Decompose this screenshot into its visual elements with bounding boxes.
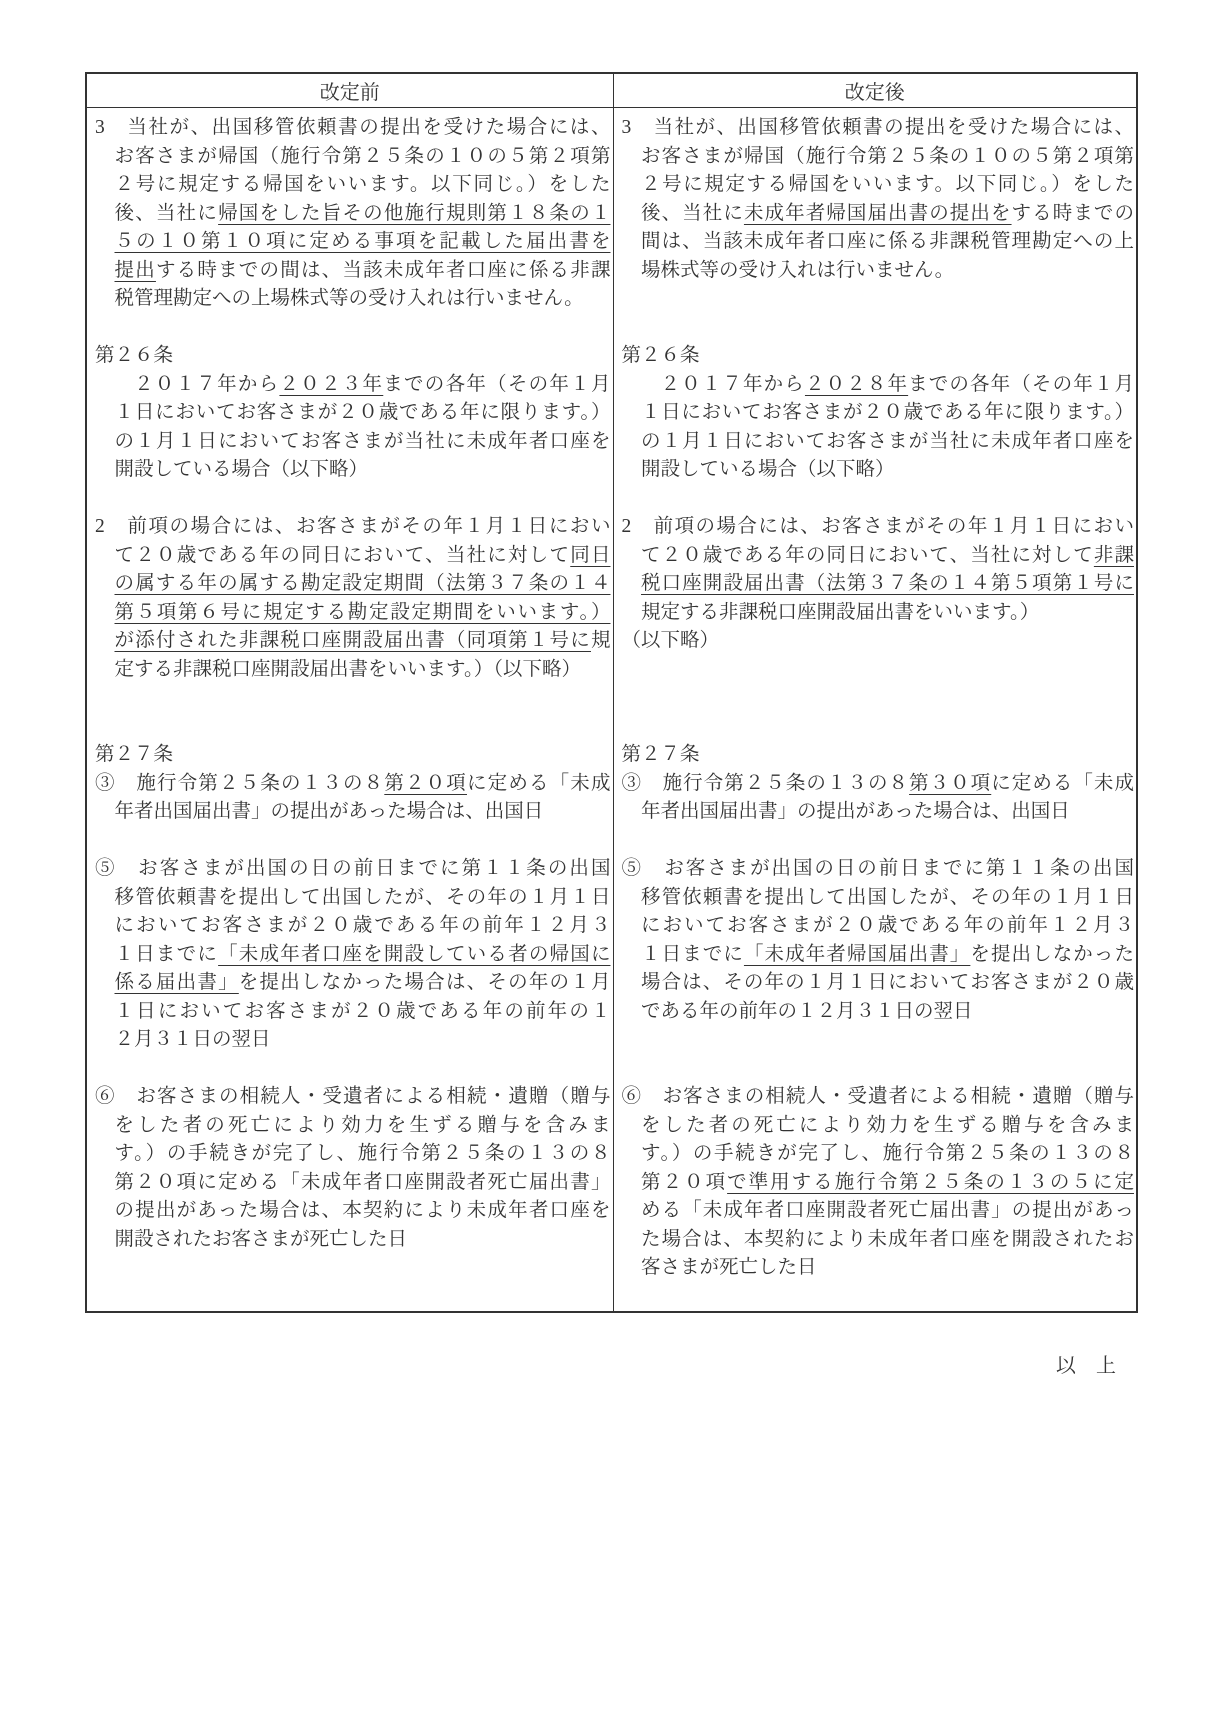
text-segment: す。）の手続きが完了し、施行令第２５条の１３の８ [115,1143,611,1164]
text-segment: に定める「未成 [991,773,1134,794]
text-segment: 定する非課税口座開設届出書をいいます。）（以下略） [115,659,581,680]
text-segment: 後、当社に [115,203,219,224]
text-line: ５の１０第１０項に定める事項を記載した届出書を [95,228,611,257]
text-segment: （以下略） [622,630,720,651]
text-segment: する時までの間は、当該未成年者口座に係る非課 [156,260,611,281]
text-line: である年の前年の１２月３１日の翌日 [622,998,1135,1027]
text-segment: める「未成年者口座開設者死亡届出書」の提出があっ [641,1200,1134,1221]
text-segment: までの各年（その年１月 [383,374,610,395]
text-line: 開設している場合（以下略） [95,456,611,485]
text-segment: の提出があった場合は、本契約により未成年者口座を [115,1200,611,1221]
text-segment: 規 [591,630,611,651]
text-line: 税管理勘定への上場株式等の受け入れは行いません。 [95,285,611,314]
underlined-revision-text: 第３０項 [909,773,991,794]
text-segment: においてお客さまが２０歳である年の前年１２月３ [641,915,1134,936]
closing-mark: 以 上 [85,1352,1136,1381]
text-segment: ２０１７年から [134,374,279,395]
text-segment: 開設されたお客さまが死亡した日 [115,1229,408,1250]
text-segment: 第２０項 [641,1172,727,1193]
text-segment: １日までに [641,944,744,965]
text-segment: ２月３１日の翌日 [115,1029,271,1050]
text-segment: て２０歳である年の同日において、当社に対して [641,545,1094,566]
underlined-revision-text: ２０２３年 [279,374,383,395]
underlined-revision-text: ２０２８年 [805,374,908,395]
text-line: １日においてお客さまが２０歳である年に限ります。） [95,399,611,428]
text-line: 税口座開設届出書（法第３７条の１４第５項第１号に [622,570,1135,599]
text-line: ③ 施行令第２５条の１３の８第３０項に定める「未成 [622,770,1135,799]
text-segment: 客さまが死亡した日 [641,1257,817,1278]
text-segment: 第２６条 [622,345,700,366]
text-segment: である年の前年の１２月３１日の翌日 [641,1001,973,1022]
text-line: 客さまが死亡した日 [622,1254,1135,1283]
text-line: お客さまが帰国（施行令第２５条の１０の５第２項第 [622,143,1135,172]
blank-line [622,1026,1135,1055]
text-line: ③ 施行令第２５条の１３の８第２０項に定める「未成 [95,770,611,799]
text-line: 係る届出書」を提出しなかった場合は、その年の１月 [95,969,611,998]
text-segment: 後、当社に [641,203,744,224]
revision-comparison-table: 改定前 改定後 3 当社が、出国移管依頼書の提出を受けた場合には、お客さまが帰国… [85,72,1138,1313]
text-line: ２０１７年から２０２３年までの各年（その年１月 [95,371,611,400]
blank-line [622,485,1135,514]
underlined-revision-text: 非課 [1094,545,1134,566]
blank-line [95,1055,611,1084]
before-cell: 3 当社が、出国移管依頼書の提出を受けた場合には、お客さまが帰国（施行令第２５条… [86,108,613,1312]
blank-line [95,827,611,856]
text-segment: までの各年（その年１月 [908,374,1134,395]
text-segment: ⑤ お客さまが出国の日の前日までに第１１条の出国 [95,858,611,879]
text-line: て２０歳である年の同日において、当社に対して同日 [95,542,611,571]
article-heading-line: 第２７条 [622,741,1135,770]
text-line: ⑤ お客さまが出国の日の前日までに第１１条の出国 [622,855,1135,884]
text-segment: 移管依頼書を提出して出国したが、その年の１月１日 [641,887,1134,908]
text-segment: ２号に規定する帰国をいいます。以下同じ。）をした [115,174,611,195]
text-segment: 第２６条 [95,345,173,366]
underlined-revision-text: 係る届出書」 [115,972,239,993]
text-line: ２号に規定する帰国をいいます。以下同じ。）をした [95,171,611,200]
text-segment: 場合は、その年の１月１日においてお客さまが２０歳 [641,972,1134,993]
text-segment: １日においてお客さまが２０歳である年の前年の１ [115,1001,611,1022]
text-line: ⑥ お客さまの相続人・受遺者による相続・遺贈（贈与 [622,1083,1135,1112]
table-body-row: 3 当社が、出国移管依頼書の提出を受けた場合には、お客さまが帰国（施行令第２５条… [86,108,1137,1312]
before-column: 3 当社が、出国移管依頼書の提出を受けた場合には、お客さまが帰国（施行令第２５条… [95,114,611,1254]
underlined-revision-text: 「未成年者口座を開設している者の帰国に [218,944,610,965]
text-line: においてお客さまが２０歳である年の前年１２月３ [95,912,611,941]
text-segment: 第２７条 [622,744,700,765]
text-segment: 2 前項の場合には、お客さまがその年１月１日におい [95,516,611,537]
underlined-revision-text: が添付された非課税口座開設届出書（同項第１号に [115,630,591,651]
text-segment: す。）の手続きが完了し、施行令第２５条の１３の８ [641,1143,1134,1164]
blank-line [622,285,1135,314]
blank-line [95,713,611,742]
underlined-revision-text: 「未成年者帰国届出書」 [744,944,970,965]
header-before: 改定前 [86,73,613,108]
text-line: 2 前項の場合には、お客さまがその年１月１日におい [622,513,1135,542]
text-segment: て２０歳である年の同日において、当社に対して [115,545,571,566]
text-line: 提出する時までの間は、当該未成年者口座に係る非課 [95,257,611,286]
text-segment: 第２０項に定める「未成年者口座開設者死亡届出書」 [115,1172,611,1193]
text-segment: ⑤ お客さまが出国の日の前日までに第１１条の出国 [622,858,1135,879]
article-heading-line: 第２７条 [95,741,611,770]
text-line: 場株式等の受け入れは行いません。 [622,257,1135,286]
underlined-revision-text: 未成年者帰国届出書の提出を [744,203,1012,224]
text-segment: ③ 施行令第２５条の１３の８ [622,773,910,794]
text-line: の属する年の属する勘定設定期間（法第３７条の１４ [95,570,611,599]
text-line: ⑥ お客さまの相続人・受遺者による相続・遺贈（贈与 [95,1083,611,1112]
text-line: ２月３１日の翌日 [95,1026,611,1055]
text-segment: 移管依頼書を提出して出国したが、その年の１月１日 [115,887,611,908]
header-after: 改定後 [613,73,1137,108]
text-segment: ③ 施行令第２５条の１３の８ [95,773,384,794]
text-line: １日においてお客さまが２０歳である年に限ります。） [622,399,1135,428]
text-line: 間は、当該未成年者口座に係る非課税管理勘定への上 [622,228,1135,257]
text-segment: の１月１日においてお客さまが当社に未成年者口座を [641,431,1134,452]
text-line: 後、当社に帰国をした旨その他施行規則第１８条の１ [95,200,611,229]
text-segment: 年者出国届出書」の提出があった場合は、出国日 [641,801,1070,822]
text-line: 第２０項に定める「未成年者口座開設者死亡届出書」 [95,1169,611,1198]
text-line: においてお客さまが２０歳である年の前年１２月３ [622,912,1135,941]
after-column: 3 当社が、出国移管依頼書の提出を受けた場合には、お客さまが帰国（施行令第２５条… [622,114,1135,1283]
text-line: をした者の死亡により効力を生ずる贈与を含みま [622,1112,1135,1141]
text-segment: １日においてお客さまが２０歳である年に限ります。） [115,402,611,423]
text-segment: 第２７条 [95,744,173,765]
blank-line [95,684,611,713]
text-segment: 2 前項の場合には、お客さまがその年１月１日におい [622,516,1135,537]
underlined-revision-text: ５の１０第１０項に定める事項を記載した届出書を [115,231,611,252]
text-line: の１月１日においてお客さまが当社に未成年者口座を [95,428,611,457]
blank-line [95,485,611,514]
article-heading-line: 第２６条 [622,342,1135,371]
text-segment: ２０１７年から [661,374,805,395]
text-line: て２０歳である年の同日において、当社に対して非課 [622,542,1135,571]
text-line: 2 前項の場合には、お客さまがその年１月１日におい [95,513,611,542]
text-line: の１月１日においてお客さまが当社に未成年者口座を [622,428,1135,457]
underlined-revision-text: 帰国をした旨その他施行規則第１８条の１ [218,203,610,224]
text-line: の提出があった場合は、本契約により未成年者口座を [95,1197,611,1226]
blank-line [622,827,1135,856]
underlined-revision-text: 税口座開設届出書（法第３７条の１４第５項第１号に [641,573,1134,594]
text-line: す。）の手続きが完了し、施行令第２５条の１３の８ [95,1140,611,1169]
text-line: 3 当社が、出国移管依頼書の提出を受けた場合には、 [95,114,611,143]
text-line: 第２０項で準用する施行令第２５条の１３の５に定 [622,1169,1135,1198]
text-segment: 場株式等の受け入れは行いません。 [641,260,954,281]
blank-line [622,656,1135,685]
text-segment: お客さまが帰国（施行令第２５条の１０の５第２項第 [641,146,1134,167]
text-segment: １日までに [115,944,219,965]
text-line: 開設されたお客さまが死亡した日 [95,1226,611,1255]
text-segment: 3 当社が、出国移管依頼書の提出を受けた場合には、 [622,117,1135,138]
text-line: 場合は、その年の１月１日においてお客さまが２０歳 [622,969,1135,998]
blank-line [622,713,1135,742]
after-cell: 3 当社が、出国移管依頼書の提出を受けた場合には、お客さまが帰国（施行令第２５条… [613,108,1137,1312]
text-segment: の１月１日においてお客さまが当社に未成年者口座を [115,431,611,452]
text-segment: を提出しなかった [970,944,1134,965]
text-segment: 年者出国届出書」の提出があった場合は、出国日 [115,801,544,822]
text-segment: 間は、当該未成年者口座に係る非課税管理勘定への上 [641,231,1134,252]
text-segment: お客さまが帰国（施行令第２５条の１０の５第２項第 [115,146,611,167]
text-line: 開設している場合（以下略） [622,456,1135,485]
text-line: 年者出国届出書」の提出があった場合は、出国日 [622,798,1135,827]
blank-line [622,684,1135,713]
text-line: す。）の手続きが完了し、施行令第２５条の１３の８ [622,1140,1135,1169]
text-segment: ⑥ お客さまの相続人・受遺者による相続・遺贈（贈与 [622,1086,1135,1107]
text-line: が添付された非課税口座開設届出書（同項第１号に規 [95,627,611,656]
text-segment: 開設している場合（以下略） [115,459,369,480]
text-segment: た場合は、本契約により未成年者口座を開設されたお [641,1229,1134,1250]
text-segment: 開設している場合（以下略） [641,459,895,480]
underlined-revision-text: の属する年の属する勘定設定期間（法第３７条の１４ [115,573,611,594]
text-segment: 税管理勘定への上場株式等の受け入れは行いません。 [115,288,584,309]
text-line: た場合は、本契約により未成年者口座を開設されたお [622,1226,1135,1255]
text-line: める「未成年者口座開設者死亡届出書」の提出があっ [622,1197,1135,1226]
text-segment: を提出しなかった場合は、その年の１月 [239,972,611,993]
text-line: 規定する非課税口座開設届出書をいいます。） [622,599,1135,628]
text-line: 後、当社に未成年者帰国届出書の提出をする時までの [622,200,1135,229]
text-segment: １日においてお客さまが２０歳である年に限ります。） [641,402,1134,423]
text-segment: をした者の死亡により効力を生ずる贈与を含みま [641,1115,1134,1136]
text-line: ⑤ お客さまが出国の日の前日までに第１１条の出国 [95,855,611,884]
text-segment: ⑥ お客さまの相続人・受遺者による相続・遺贈（贈与 [95,1086,611,1107]
underlined-revision-text: 同日 [570,545,610,566]
blank-line [622,314,1135,343]
text-line: １日までに「未成年者口座を開設している者の帰国に [95,941,611,970]
underlined-revision-text: 第２０項 [384,773,467,794]
text-segment: ２号に規定する帰国をいいます。以下同じ。）をした [641,174,1134,195]
underlined-revision-text: 第５項第６号に規定する勘定設定期間をいいます。） [115,602,611,623]
text-line: ２号に規定する帰国をいいます。以下同じ。）をした [622,171,1135,200]
text-line: （以下略） [622,627,1135,656]
text-line: 移管依頼書を提出して出国したが、その年の１月１日 [95,884,611,913]
text-segment: に定める「未成 [467,773,611,794]
text-line: １日においてお客さまが２０歳である年の前年の１ [95,998,611,1027]
blank-line [622,1055,1135,1084]
text-segment: をした者の死亡により効力を生ずる贈与を含みま [115,1115,611,1136]
document-page: 改定前 改定後 3 当社が、出国移管依頼書の提出を受けた場合には、お客さまが帰国… [0,0,1210,1713]
text-line: １日までに「未成年者帰国届出書」を提出しなかった [622,941,1135,970]
blank-line [95,314,611,343]
text-segment: 3 当社が、出国移管依頼書の提出を受けた場合には、 [95,117,611,138]
text-line: 第５項第６号に規定する勘定設定期間をいいます。） [95,599,611,628]
text-line: をした者の死亡により効力を生ずる贈与を含みま [95,1112,611,1141]
text-line: 定する非課税口座開設届出書をいいます。）（以下略） [95,656,611,685]
text-line: 3 当社が、出国移管依頼書の提出を受けた場合には、 [622,114,1135,143]
table-header-row: 改定前 改定後 [86,73,1137,108]
text-segment: 規定する非課税口座開設届出書をいいます。） [641,602,1039,623]
text-line: 移管依頼書を提出して出国したが、その年の１月１日 [622,884,1135,913]
text-line: 年者出国届出書」の提出があった場合は、出国日 [95,798,611,827]
text-segment: する時までの [1012,203,1134,224]
underlined-revision-text: 提出 [115,260,156,281]
article-heading-line: 第２６条 [95,342,611,371]
underlined-revision-text: で準用する施行令第２５条の１３の５に定 [727,1172,1134,1193]
text-segment: においてお客さまが２０歳である年の前年１２月３ [115,915,611,936]
text-line: お客さまが帰国（施行令第２５条の１０の５第２項第 [95,143,611,172]
text-line: ２０１７年から２０２８年までの各年（その年１月 [622,371,1135,400]
